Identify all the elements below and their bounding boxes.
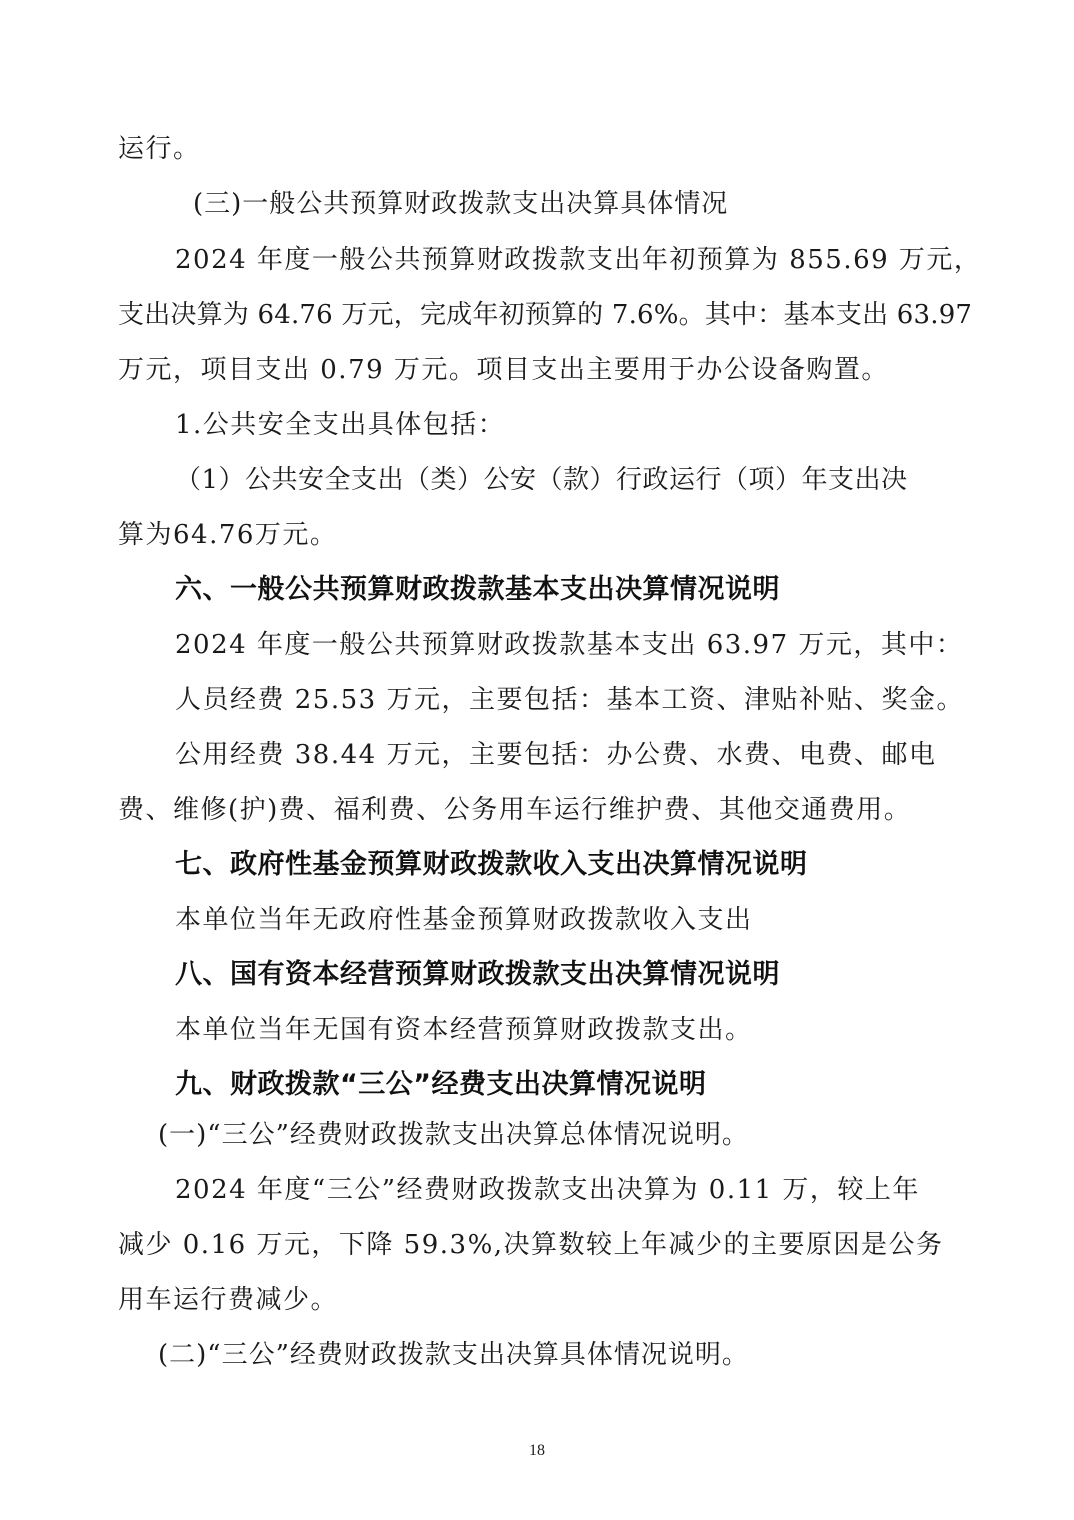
- list-item-line: 算为64.76万元。: [118, 517, 337, 553]
- paragraph-line: 2024 年度一般公共预算财政拨款支出年初预算为 855.69 万元，: [175, 242, 981, 278]
- paragraph-continuation: 运行。: [118, 131, 201, 167]
- paragraph-line: 万元，项目支出 0.79 万元。项目支出主要用于办公设备购置。: [118, 352, 889, 388]
- section-heading-6: 六、一般公共预算财政拨款基本支出决算情况说明: [175, 572, 780, 608]
- paragraph-line: 本单位当年无政府性基金预算财政拨款收入支出: [175, 902, 753, 938]
- subsection-heading-3: (三)一般公共预算财政拨款支出决算具体情况: [193, 186, 728, 222]
- paragraph-line: 2024 年度“三公”经费财政拨款支出决算为 0.11 万，较上年: [175, 1172, 920, 1208]
- list-item-heading: 1.公共安全支出具体包括：: [175, 407, 505, 443]
- subsection-heading-2: (二)“三公”经费财政拨款支出决算具体情况说明。: [158, 1337, 749, 1373]
- page-number: 18: [0, 1442, 1074, 1460]
- paragraph-line: 2024 年度一般公共预算财政拨款基本支出 63.97 万元，其中：: [175, 627, 963, 663]
- paragraph-line: 公用经费 38.44 万元，主要包括：办公费、水费、电费、邮电: [175, 737, 936, 773]
- paragraph-line: 支出决算为 64.76 万元，完成年初预算的 7.6%。其中：基本支出 63.9…: [118, 297, 972, 333]
- subsection-heading-1: (一)“三公”经费财政拨款支出决算总体情况说明。: [158, 1117, 749, 1153]
- document-page: 运行。 (三)一般公共预算财政拨款支出决算具体情况 2024 年度一般公共预算财…: [0, 0, 1074, 1520]
- section-heading-9: 九、财政拨款“三公”经费支出决算情况说明: [175, 1067, 707, 1103]
- section-heading-8: 八、国有资本经营预算财政拨款支出决算情况说明: [175, 957, 780, 993]
- section-heading-7: 七、政府性基金预算财政拨款收入支出决算情况说明: [175, 847, 808, 883]
- paragraph-line: 减少 0.16 万元，下降 59.3%,决算数较上年减少的主要原因是公务: [118, 1227, 944, 1263]
- list-item-line: （1）公共安全支出（类）公安（款）行政运行（项）年支出决: [175, 462, 908, 498]
- paragraph-line: 人员经费 25.53 万元，主要包括：基本工资、津贴补贴、奖金。: [175, 682, 964, 718]
- paragraph-line: 本单位当年无国有资本经营预算财政拨款支出。: [175, 1012, 753, 1048]
- paragraph-line: 用车运行费减少。: [118, 1282, 338, 1318]
- paragraph-line: 费、维修(护)费、福利费、公务用车运行维护费、其他交通费用。: [118, 792, 911, 828]
